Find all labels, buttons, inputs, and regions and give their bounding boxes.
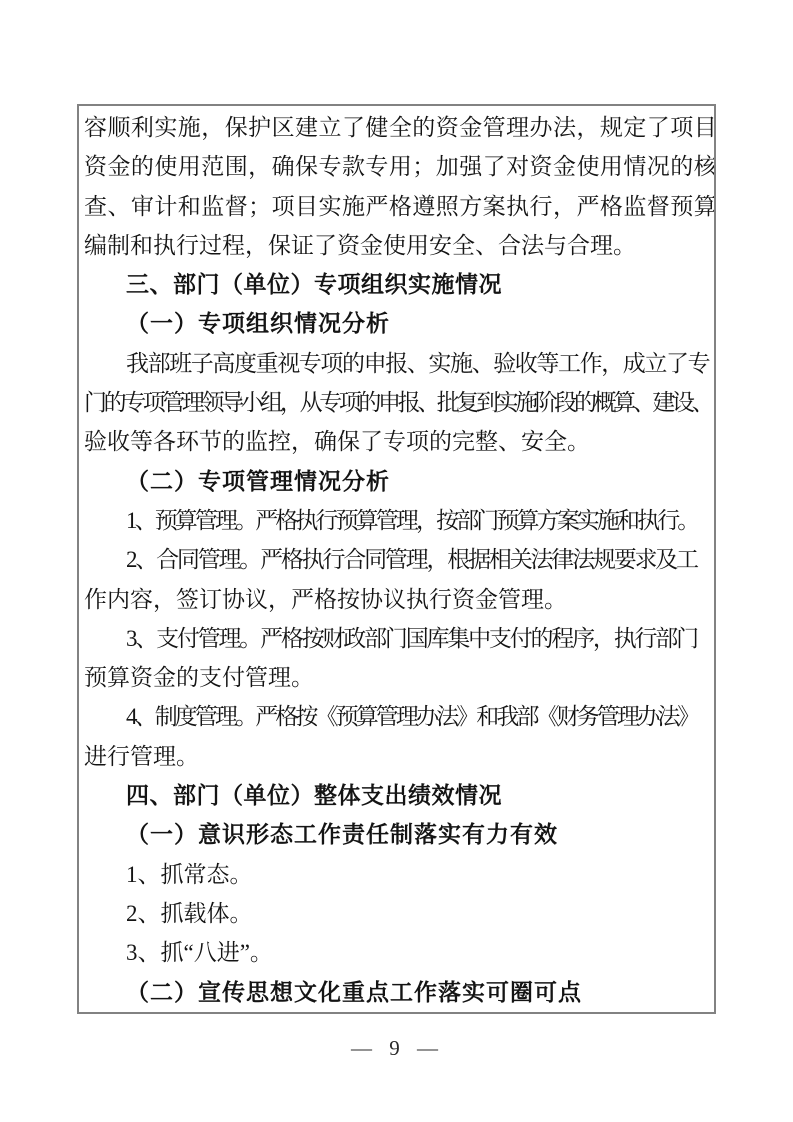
section-heading-4: 四、部门（单位）整体支出绩效情况 bbox=[84, 776, 709, 815]
subsection-heading-4-1: （一）意识形态工作责任制落实有力有效 bbox=[84, 815, 709, 854]
body-line: 编制和执行过程，保证了资金使用安全、合法与合理。 bbox=[84, 226, 709, 265]
body-line: 查、审计和监督；项目实施严格遵照方案执行，严格监督预算 bbox=[84, 187, 709, 226]
list-item-line: 2、合同管理。严格执行合同管理，根据相关法律法规要求及工 bbox=[84, 540, 709, 579]
body-line: 资金的使用范围，确保专款专用；加强了对资金使用情况的核 bbox=[84, 147, 709, 186]
list-item-line: 4、制度管理。严格按《预算管理办法》和我部《财务管理办法》 bbox=[84, 697, 709, 736]
list-item-line: 3、抓“八进”。 bbox=[84, 933, 709, 972]
page-number: — 9 — bbox=[0, 1034, 793, 1062]
list-item-line: 3、支付管理。严格按财政部门国库集中支付的程序，执行部门 bbox=[84, 619, 709, 658]
body-line: 容顺利实施，保护区建立了健全的资金管理办法，规定了项目 bbox=[84, 108, 709, 147]
section-heading-3: 三、部门（单位）专项组织实施情况 bbox=[84, 265, 709, 304]
list-item-line: 1、预算管理。严格执行预算管理，按部门预算方案实施和执行。 bbox=[84, 501, 709, 540]
body-line: 我部班子高度重视专项的申报、实施、验收等工作，成立了专 bbox=[84, 344, 709, 383]
list-item-line: 2、抓载体。 bbox=[84, 894, 709, 933]
subsection-heading-3-1: （一）专项组织情况分析 bbox=[84, 304, 709, 343]
body-line: 进行管理。 bbox=[84, 737, 709, 776]
body-line: 作内容，签订协议，严格按协议执行资金管理。 bbox=[84, 580, 709, 619]
document-content-box: 容顺利实施，保护区建立了健全的资金管理办法，规定了项目 资金的使用范围，确保专款… bbox=[77, 104, 716, 1014]
list-item-line: 1、抓常态。 bbox=[84, 855, 709, 894]
subsection-heading-3-2: （二）专项管理情况分析 bbox=[84, 462, 709, 501]
body-line: 门的专项管理领导小组，从专项的申报、批复到实施阶段的概算、建设、 bbox=[84, 383, 709, 422]
subsection-heading-4-2: （二）宣传思想文化重点工作落实可圈可点 bbox=[84, 973, 709, 1012]
body-line: 预算资金的支付管理。 bbox=[84, 658, 709, 697]
body-line: 验收等各环节的监控，确保了专项的完整、安全。 bbox=[84, 422, 709, 461]
